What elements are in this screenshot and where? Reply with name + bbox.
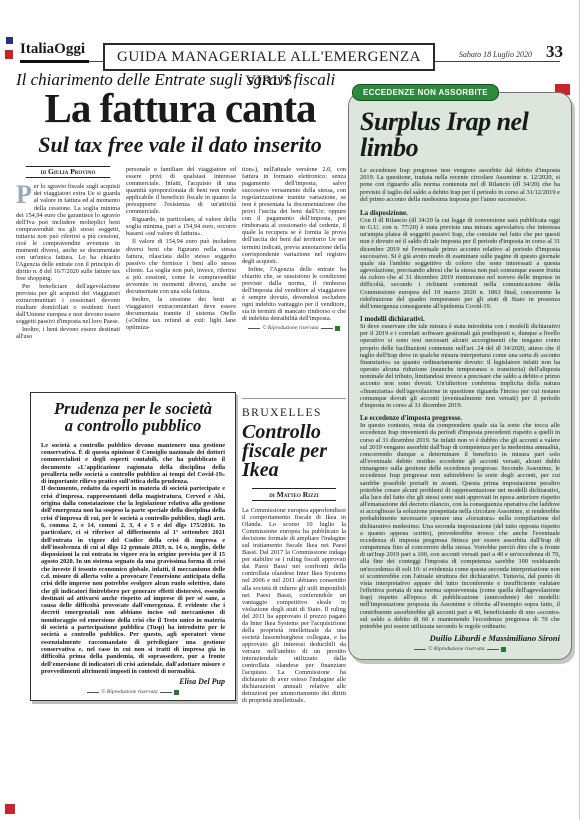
copyright-notice: © Riproduzione riservata (360, 646, 560, 652)
irap-section: Le eccedenze d'imposta pregresse. In que… (360, 414, 560, 630)
copyright-text: © Riproduzione riservata (101, 689, 157, 695)
newspaper-page: ItaliaOggi GUIDA MANAGERIALE ALL'EMERGEN… (0, 0, 580, 820)
irap-sections: La disposizione. Con il dl Rilancio (dl … (360, 209, 560, 630)
dash-rule (487, 649, 499, 650)
green-square-icon (501, 647, 506, 652)
irap-intro: Le eccedenze Irap pregresse non vengono … (360, 167, 560, 203)
irap-section-heading: I modelli dichiarativi. (360, 315, 560, 323)
article-paragraph: personale o familiare del viaggiatore ed… (126, 166, 236, 215)
prudenza-title: Prudenza per le società a controllo pubb… (41, 401, 225, 435)
irap-authors: Duilio Liburdi e Massimiliano Sironi (360, 633, 560, 643)
article-paragraph: Per beneficiare dell'agevolazione previs… (16, 283, 120, 325)
article-paragraphs: tion»), nell'attuale versione 2.0, con f… (242, 166, 346, 322)
brand-logo: ItaliaOggi (20, 41, 89, 63)
dash-rule (87, 692, 99, 693)
copyright-text: © Riproduzione riservata (262, 325, 318, 331)
irap-section: I modelli dichiarativi. Si deve osservar… (360, 315, 560, 409)
print-mark-red-top-icon (5, 50, 13, 59)
article-paragraph: Inoltre, la cessione dei beni ai viaggia… (126, 296, 236, 331)
article-paragraph: Per lo sgravio fiscale sugli acquisti de… (16, 183, 120, 282)
article-paragraphs: personale o familiare del viaggiatore ed… (126, 166, 236, 331)
irap-section-text: In questo contesto, resta da comprendere… (360, 422, 560, 630)
drop-cap: P (16, 184, 32, 205)
irap-box: Surplus Irap nel limbo Le eccedenze Irap… (348, 92, 572, 660)
article-paragraphs: Per beneficiare dell'agevolazione previs… (16, 283, 120, 340)
green-square-icon (174, 690, 179, 695)
irap-section-heading: La disposizione. (360, 209, 560, 217)
irap-title: Surplus Irap nel limbo (360, 109, 560, 161)
article-subhead: Sul tax free vale il dato inserito (14, 134, 346, 156)
copyright-notice: © Riproduzione riservata (41, 689, 225, 695)
article-paragraph: Riguardo, in particolare, al valore dell… (126, 216, 236, 237)
irap-section-text: Con il dl Rilancio (dl 34/20 la cui legg… (360, 217, 560, 310)
box-tag-badge: ECCEDENZE NON ASSORBITE (352, 84, 499, 101)
byline: di Matteo Rizzi (252, 488, 335, 501)
page-number: 33 (546, 42, 563, 62)
bruxelles-title: Controllo fiscale per Ikea (242, 423, 346, 480)
irap-section: La disposizione. Con il dl Rilancio (dl … (360, 209, 560, 310)
dash-rule (160, 692, 172, 693)
byline: di Giulia Provino (26, 166, 109, 178)
copyright-notice: © Riproduzione riservata (242, 325, 346, 331)
article-paragraph: Inoltre, i beni devono essere destinati … (16, 326, 120, 340)
article-column-1: di Giulia Provino Per lo sgravio fiscale… (16, 166, 120, 390)
article-headline: La fattura canta (14, 88, 346, 129)
bruxelles-paragraph: La Commissione europea approfondisce il … (242, 507, 346, 704)
article-column-2: personale o familiare del viaggiatore ed… (126, 166, 236, 390)
article-paragraph: Il valore di 154,94 euro può includere d… (126, 238, 236, 294)
green-square-icon (335, 326, 340, 331)
irap-section-text: Si deve osservare che tale misura è stat… (360, 323, 560, 409)
bruxelles-rubric: BRUXELLES (242, 407, 346, 419)
prudenza-paragraph: Il documento, redatto da esperti in mate… (41, 485, 225, 675)
article-column-3: tion»), nell'attuale versione 2.0, con f… (242, 166, 346, 398)
dash-rule (248, 328, 260, 329)
bruxelles-paragraphs: La Commissione europea approfondisce il … (242, 507, 346, 704)
issue-date: Sabato 18 Luglio 2020 (456, 50, 535, 59)
prudenza-author: Elisa Del Pup (41, 677, 225, 686)
irap-section-heading: Le eccedenze d'imposta pregresse. (360, 414, 560, 422)
prudenza-paragraph: Le società a controllo pubblico devono m… (41, 442, 225, 486)
copyright-text: © Riproduzione riservata (428, 646, 484, 652)
bruxelles-section: BRUXELLES Controllo fiscale per Ikea di … (242, 398, 346, 812)
print-mark-red-bottom-icon (5, 804, 15, 814)
section-banner: GUIDA MANAGERIALE ALL'EMERGENZA VIRUS (103, 43, 435, 71)
dash-rule (414, 649, 426, 650)
print-mark-blue-icon (6, 37, 13, 44)
article-paragraph: Infine, l'Agenzia delle entrate ha chiar… (242, 266, 346, 322)
prudenza-box: Prudenza per le società a controllo pubb… (30, 392, 236, 701)
article-paragraph: tion»), nell'attuale versione 2.0, con f… (242, 166, 346, 265)
dash-rule (321, 328, 333, 329)
prudenza-paragraphs: Le società a controllo pubblico devono m… (41, 442, 225, 676)
section-divider (242, 398, 346, 399)
